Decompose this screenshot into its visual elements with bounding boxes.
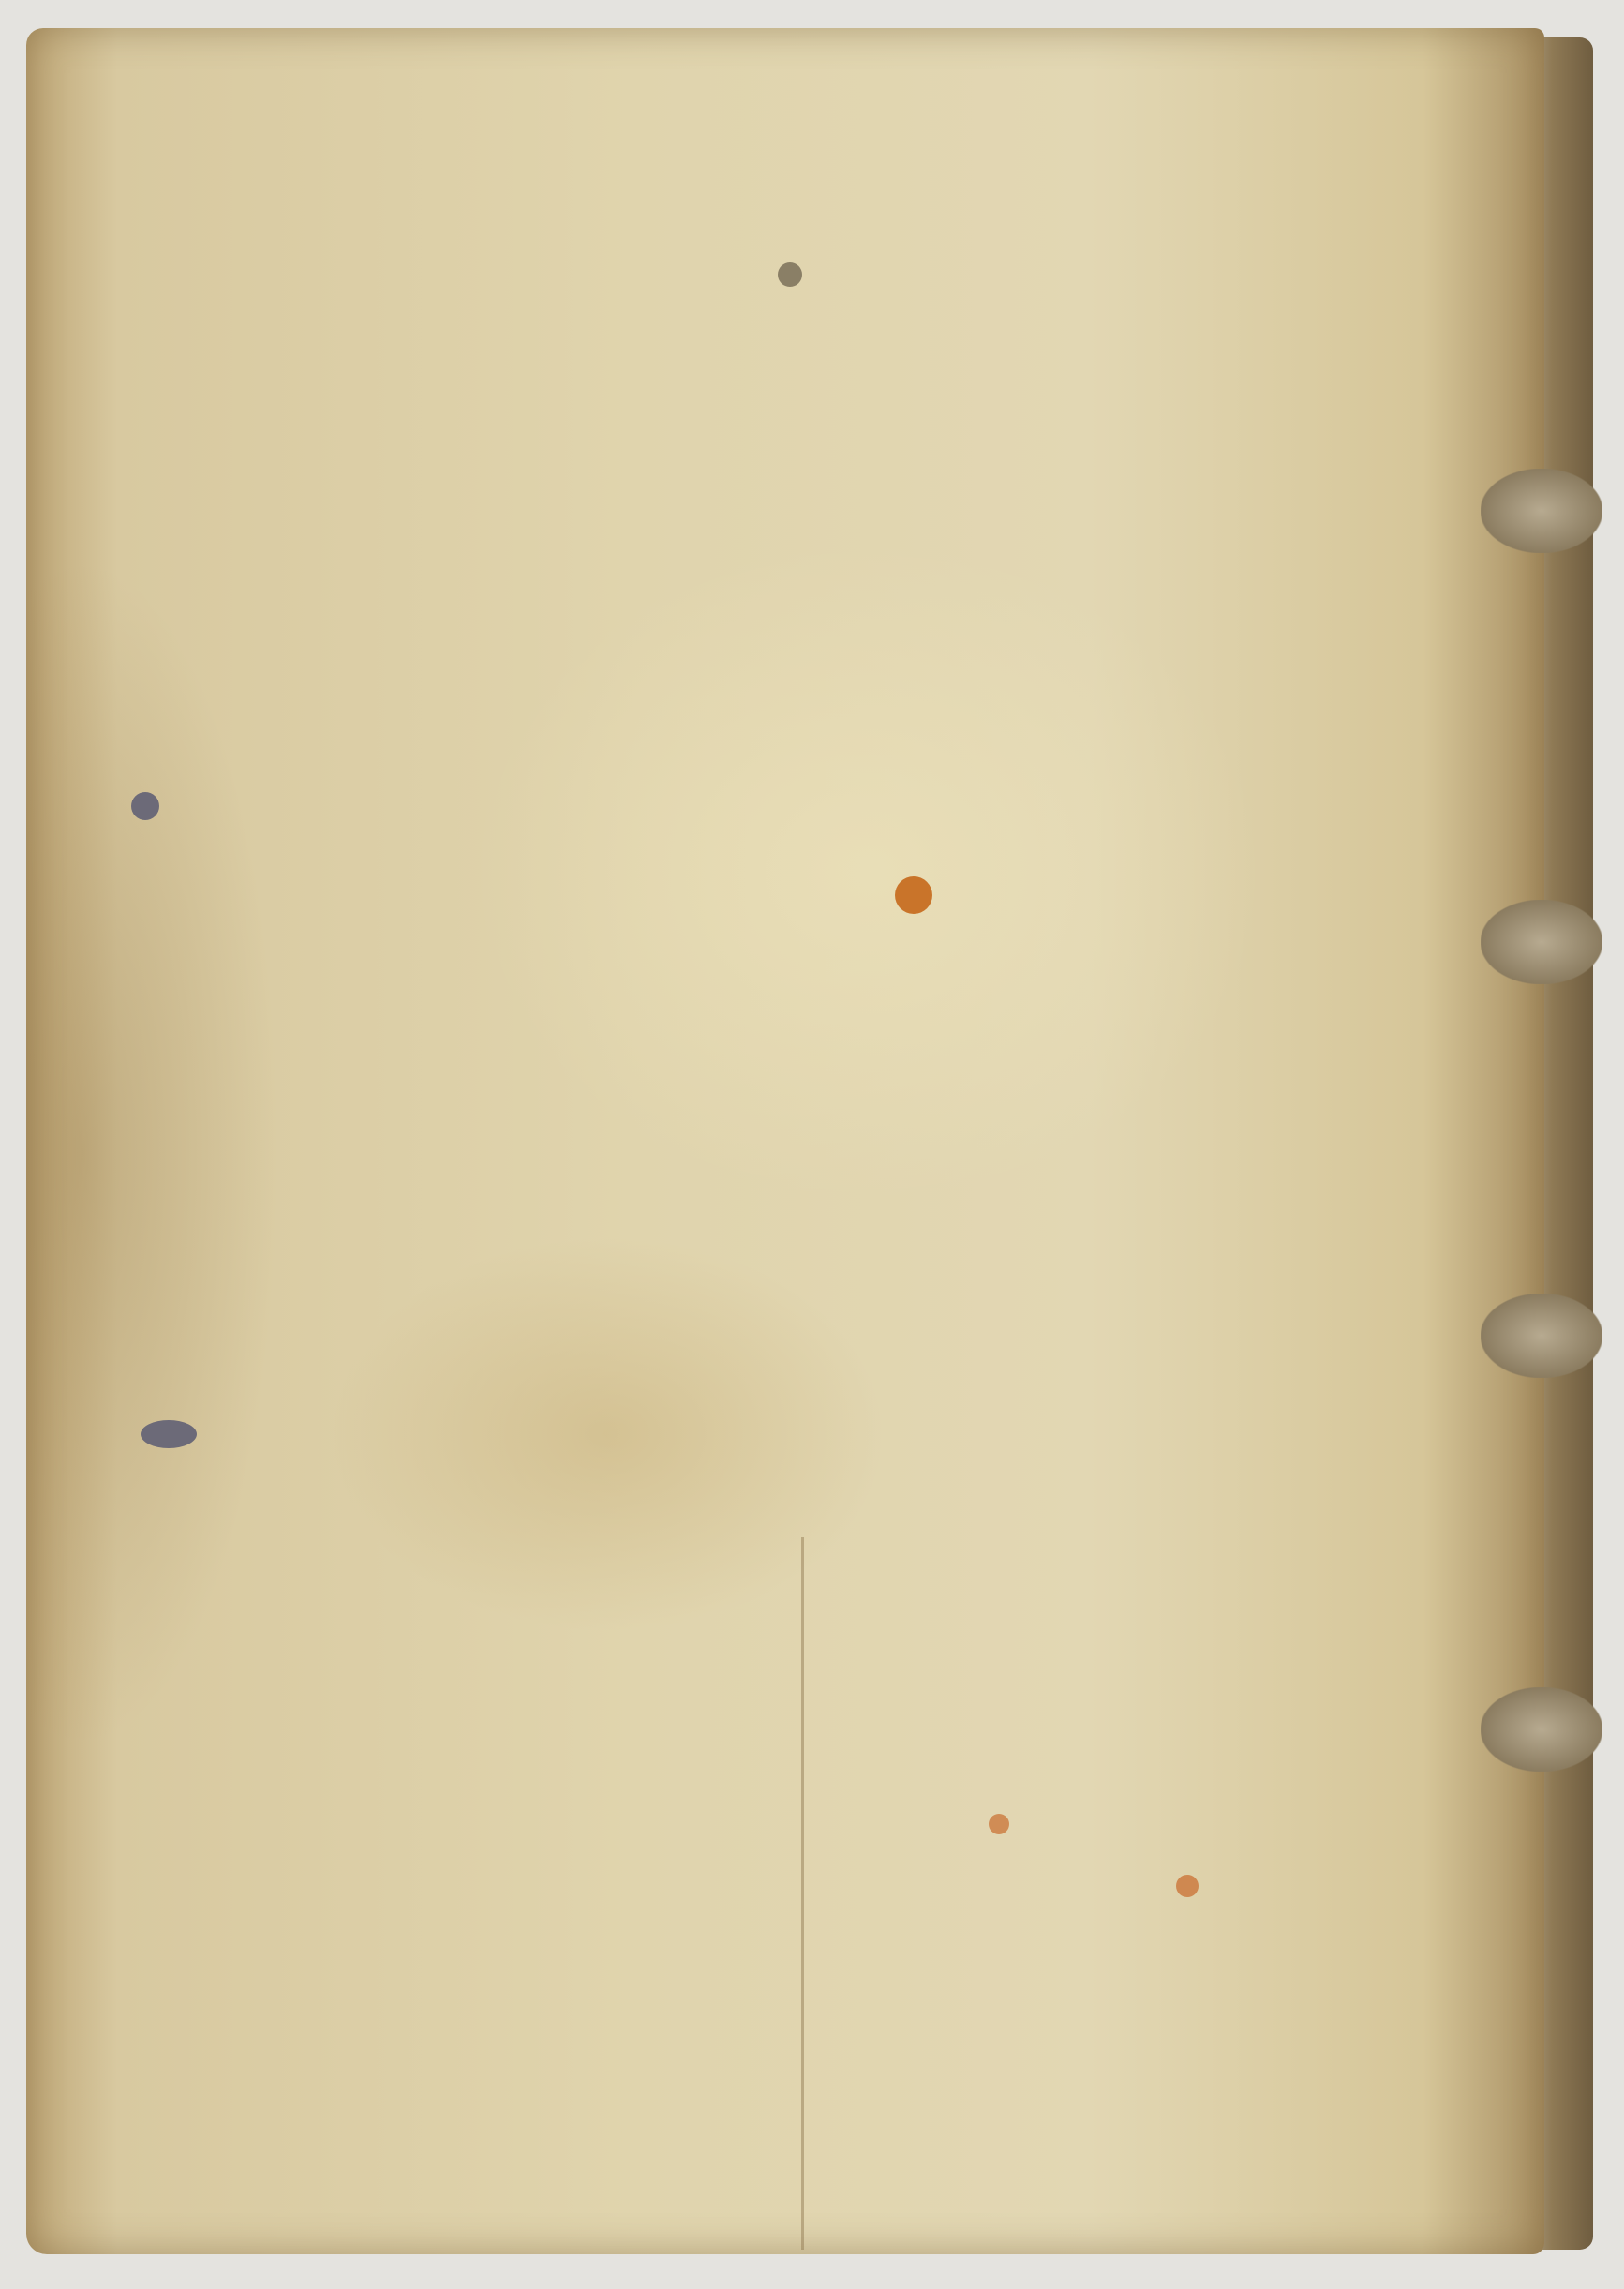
spine-band (1481, 900, 1602, 984)
dark-mark (131, 792, 159, 820)
rust-stain (989, 1814, 1009, 1834)
rust-stain (895, 876, 932, 914)
dark-mark (778, 262, 802, 287)
rust-stain (1176, 1875, 1199, 1897)
spine-band (1481, 1294, 1602, 1378)
vellum-cover (26, 28, 1544, 2254)
book-photo (0, 0, 1624, 2289)
cover-crease (801, 1537, 804, 2250)
dark-mark (141, 1420, 197, 1448)
spine-band (1481, 469, 1602, 553)
spine-band (1481, 1687, 1602, 1772)
